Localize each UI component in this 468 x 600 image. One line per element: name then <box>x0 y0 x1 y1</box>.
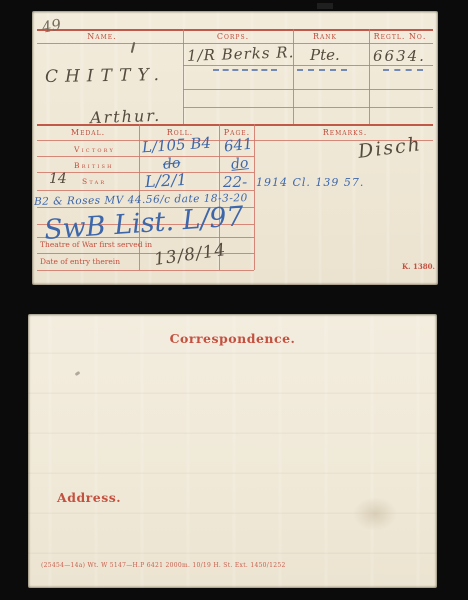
theatre-of-war-label: Theatre of War first served in <box>40 240 152 249</box>
correspondence-heading: Correspondence. <box>28 331 437 346</box>
clasp-note: 1914 Cl. 139 57. <box>256 177 364 188</box>
paper-stain <box>353 497 397 531</box>
grid-line <box>183 89 433 90</box>
remarks-entry: Disch <box>357 135 423 162</box>
grid-line <box>183 65 433 66</box>
grid-line <box>183 29 184 124</box>
star-prefix-entry: 14 <box>49 172 67 186</box>
star-page-entry: 22- <box>223 175 247 190</box>
rank-entry: Pte. <box>310 48 340 63</box>
date-of-entry-value: 13/8/14 <box>153 242 227 269</box>
rank-column-header: Rank <box>313 32 337 41</box>
surname-entry: CHITTY. <box>45 67 166 86</box>
address-label: Address. <box>57 490 121 505</box>
pencil-speck <box>75 371 81 376</box>
grid-line <box>37 29 433 31</box>
remarks-column-header: Remarks. <box>323 128 368 137</box>
grid-line <box>183 107 433 108</box>
medal-row-label-victory: Victory <box>74 145 115 154</box>
corner-number: 49 <box>41 17 62 35</box>
medal-row-label-british: British <box>74 161 114 170</box>
grid-line <box>37 270 254 271</box>
ink-check-dash <box>213 69 277 71</box>
forename-entry: Arthur. <box>90 108 162 126</box>
medal-column-header: Medal. <box>71 128 105 137</box>
regtl-no-column-header: Regtl. No. <box>374 32 427 41</box>
regtl-no-entry: 6634. <box>373 49 426 64</box>
name-column-header: Name. <box>87 32 116 41</box>
corps-column-header: Corps. <box>217 32 249 41</box>
grid-line <box>254 124 255 270</box>
corps-entry: 1/R Berks R. <box>187 45 295 64</box>
medal-row-label-star: Star <box>82 177 106 186</box>
ink-check-dash <box>297 69 347 71</box>
victory-page-entry: 641 <box>223 137 253 155</box>
british-page-entry: do <box>230 156 249 172</box>
grid-line <box>37 43 433 44</box>
scan-artifact <box>317 3 333 9</box>
medal-index-card-front: Name. Corps. Rank Regtl. No. 49 1/R Berk… <box>32 11 438 285</box>
grid-line <box>369 29 370 124</box>
medal-index-card-back: Correspondence. Address. (25454—14a) Wt.… <box>28 314 437 588</box>
form-reference: K. 1380. <box>402 262 435 271</box>
ink-check-dash <box>383 69 423 71</box>
print-reference-line: (25454—14a) Wt. W 5147—H.P 6421 2000m. 1… <box>41 562 286 569</box>
star-roll-entry: L/2/1 <box>145 172 188 190</box>
date-of-entry-label: Date of entry therein <box>40 257 120 266</box>
victory-roll-entry: L/105 B4 <box>142 136 212 156</box>
